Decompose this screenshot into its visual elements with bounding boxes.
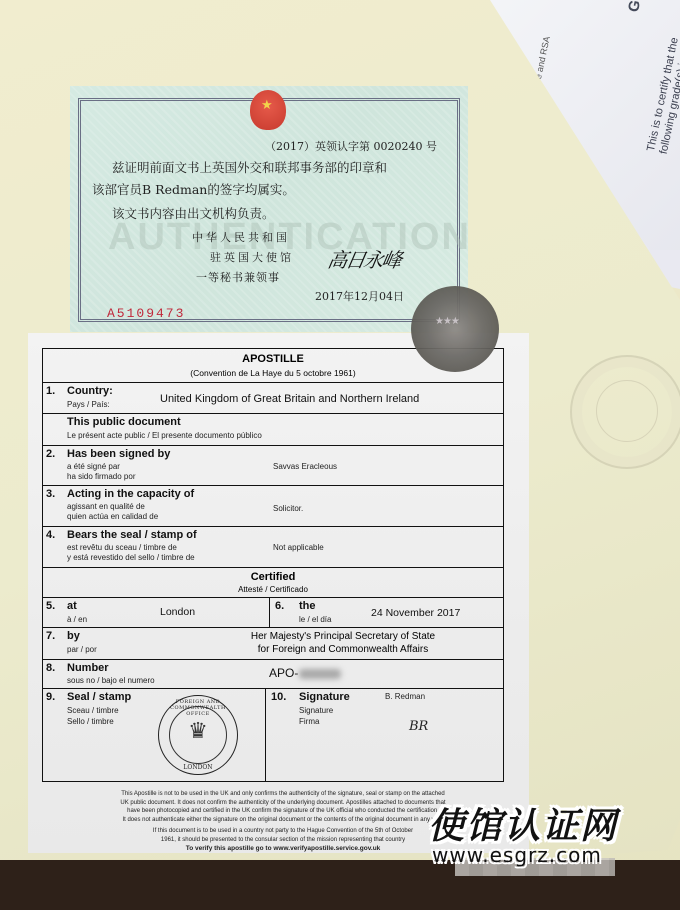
authentication-reference: （2017）英领认字第 0020240 号 bbox=[265, 138, 437, 154]
fco-seal-icon: FOREIGN AND COMMONWEALTH OFFICE ♛ LONDON bbox=[158, 695, 238, 775]
field-number: 1. bbox=[46, 385, 55, 397]
field-sublabel: Firma bbox=[299, 717, 319, 726]
field-sublabel: Signature bbox=[299, 706, 333, 715]
field-sublabel: agissant en qualité de bbox=[67, 502, 145, 511]
field-sublabel: est revêtu du sceau / timbre de bbox=[67, 543, 177, 552]
embassy-authentication-certificate: AUTHENTICATION （2017）英领认字第 0020240 号 兹证明… bbox=[70, 86, 468, 332]
row-place-date: 5. at à / en London 6. the le / el día 2… bbox=[43, 598, 503, 628]
issuer-line2: 驻英国大使馆 bbox=[210, 249, 294, 265]
signed-by-value: Savvas Eracleous bbox=[273, 462, 337, 471]
field-label: Seal / stamp bbox=[67, 691, 131, 703]
seal-city-text: LONDON bbox=[159, 764, 237, 771]
hologram-seal-icon bbox=[411, 286, 499, 372]
field-sublabel: sous no / bajo el numero bbox=[67, 676, 155, 685]
row-capacity: 3. Acting in the capacity of agissant en… bbox=[43, 486, 503, 527]
country-value: United Kingdom of Great Britain and Nort… bbox=[160, 393, 419, 405]
capacity-value: Solicitor. bbox=[273, 504, 303, 513]
row-seal-of: 4. Bears the seal / stamp of est revêtu … bbox=[43, 527, 503, 568]
row-by: 7. by par / por Her Majesty's Principal … bbox=[43, 628, 503, 660]
issuer-line1: 中华人民共和国 bbox=[192, 229, 290, 245]
row-public-document: This public document Le présent acte pub… bbox=[43, 414, 503, 446]
field-label: Signature bbox=[299, 691, 350, 703]
watermark-chinese: 使馆认证网 bbox=[428, 798, 618, 849]
field-sublabel: quien actúa en calidad de bbox=[67, 512, 158, 521]
field-label: Has been signed by bbox=[67, 448, 170, 460]
field-sublabel: Sello / timbre bbox=[67, 717, 114, 726]
authentication-serial: A5109473 bbox=[107, 306, 185, 321]
date-value: 24 November 2017 bbox=[371, 607, 460, 619]
field-label: by bbox=[67, 630, 80, 642]
column-divider bbox=[269, 598, 270, 627]
field-number: 2. bbox=[46, 448, 55, 460]
field-label: This public document bbox=[67, 416, 181, 428]
certified-sublabel: Attesté / Certificado bbox=[43, 585, 503, 594]
apostille-document: APOSTILLE (Convention de La Haye du 5 oc… bbox=[28, 333, 529, 853]
authentication-statement-line2: 该部官员B Redman的签字均属实。 bbox=[92, 180, 295, 198]
consul-signature: 高日永峰 bbox=[325, 244, 402, 273]
field-sublabel: Le présent acte public / El presente doc… bbox=[67, 431, 262, 440]
field-number: 3. bbox=[46, 488, 55, 500]
field-number: 6. bbox=[275, 600, 284, 612]
field-label: Acting in the capacity of bbox=[67, 488, 194, 500]
field-sublabel: à / en bbox=[67, 615, 87, 624]
authentication-statement-line1: 兹证明前面文书上英国外交和联邦事务部的印章和 bbox=[112, 158, 387, 176]
field-number: 4. bbox=[46, 529, 55, 541]
issuer-line3: 一等秘书兼领事 bbox=[196, 269, 280, 285]
watermark-url: www.esgrz.com bbox=[432, 843, 602, 867]
national-emblem-icon bbox=[250, 90, 286, 130]
emboss-seal-inner bbox=[596, 380, 658, 442]
field-label: the bbox=[299, 600, 316, 612]
field-sublabel: par / por bbox=[67, 645, 97, 654]
field-number: 8. bbox=[46, 662, 55, 674]
authentication-date: 2017年12月04日 bbox=[315, 288, 404, 304]
row-seal-signature: 9. Seal / stamp Sceau / timbre Sello / t… bbox=[43, 689, 503, 781]
signatory-name: B. Redman bbox=[385, 692, 425, 701]
authentication-statement-line3: 该文书内容由出文机构负责。 bbox=[112, 204, 275, 222]
field-number: 9. bbox=[46, 691, 55, 703]
certified-heading: Certified bbox=[43, 571, 503, 583]
field-number: 5. bbox=[46, 600, 55, 612]
field-sublabel: a été signé par bbox=[67, 462, 120, 471]
field-number: 7. bbox=[46, 630, 55, 642]
field-label: Number bbox=[67, 662, 109, 674]
field-label: Bears the seal / stamp of bbox=[67, 529, 197, 541]
field-number: 10. bbox=[271, 691, 286, 703]
apostille-subtitle: (Convention de La Haye du 5 octobre 1961… bbox=[43, 368, 503, 378]
field-label: Country: bbox=[67, 385, 113, 397]
seal-ring-text: FOREIGN AND COMMONWEALTH OFFICE bbox=[159, 699, 237, 717]
column-divider bbox=[265, 689, 266, 781]
row-signed-by: 2. Has been signed by a été signé par ha… bbox=[43, 446, 503, 486]
apostille-number-prefix: APO- bbox=[269, 666, 298, 680]
seal-of-value: Not applicable bbox=[273, 543, 324, 552]
field-label: at bbox=[67, 600, 77, 612]
authority-line1: Her Majesty's Principal Secretary of Sta… bbox=[183, 631, 503, 642]
authority-line2: for Foreign and Commonwealth Affairs bbox=[183, 644, 503, 655]
apostille-table: APOSTILLE (Convention de La Haye du 5 oc… bbox=[42, 348, 504, 782]
signatory-initials: BR bbox=[409, 719, 428, 734]
field-sublabel: le / el día bbox=[299, 615, 331, 624]
row-country: 1. Country: Pays / País: United Kingdom … bbox=[43, 383, 503, 414]
field-sublabel: y está revestido del sello / timbre de bbox=[67, 553, 195, 562]
field-sublabel: Pays / País: bbox=[67, 400, 110, 409]
row-certified: Certified Attesté / Certificado bbox=[43, 568, 503, 598]
place-value: London bbox=[160, 606, 195, 618]
royal-crest-icon: ♛ bbox=[159, 718, 237, 744]
field-sublabel: Sceau / timbre bbox=[67, 706, 119, 715]
field-sublabel: ha sido firmado por bbox=[67, 472, 135, 481]
apostille-number: APO- bbox=[269, 666, 341, 680]
row-number: 8. Number sous no / bajo el numero APO- bbox=[43, 660, 503, 689]
redacted-number bbox=[299, 669, 341, 679]
